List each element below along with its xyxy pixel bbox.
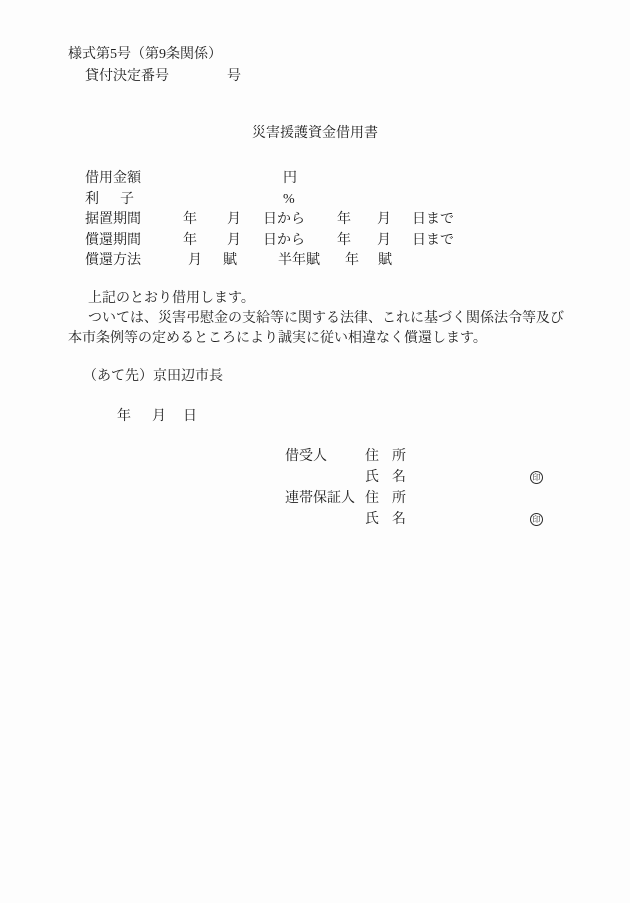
- addressee-row: （あて先） 京田辺市長: [0, 368, 630, 386]
- pledge-line-1: 上記のとおり借用します。: [88, 290, 255, 308]
- borrower-label: 借受人: [285, 448, 327, 465]
- address-label-last: 所: [392, 448, 406, 465]
- guarantor-name-row: 氏 名 印: [0, 511, 630, 529]
- repay-start-year-label: 年: [183, 232, 197, 249]
- grace-end-year-label: 年: [337, 211, 351, 228]
- addressee-name: 京田辺市長: [153, 368, 223, 385]
- borrower-address-row: 借受人 住 所: [0, 448, 630, 466]
- name-label-last: 名: [392, 469, 406, 486]
- method-monthly-first: 月: [188, 252, 202, 269]
- borrower-seal-icon: 印: [530, 471, 543, 484]
- date-year-label: 年: [117, 408, 131, 425]
- loan-decision-row: 貸付決定番号 号: [0, 68, 630, 86]
- document-page: 様式第5号（第9条関係） 貸付決定番号 号 災害援護資金借用書 借用金額 円 利…: [0, 0, 630, 903]
- repayment-method-label: 償還方法: [85, 252, 141, 269]
- repay-end-day-label: 日まで: [412, 232, 454, 249]
- grace-start-year-label: 年: [183, 211, 197, 228]
- guarantor-seal-icon: 印: [530, 513, 543, 526]
- date-day-label: 日: [183, 408, 197, 425]
- grace-end-day-label: 日まで: [412, 211, 454, 228]
- borrower-name-row: 氏 名 印: [0, 469, 630, 487]
- address-label-last: 所: [392, 490, 406, 507]
- guarantor-address-row: 連帯保証人 住 所: [0, 490, 630, 508]
- repay-end-year-label: 年: [337, 232, 351, 249]
- repay-start-day-label: 日から: [263, 232, 305, 249]
- date-month-label: 月: [152, 408, 166, 425]
- grace-period-row: 据置期間 年 月 日から 年 月 日まで: [0, 211, 630, 229]
- interest-row: 利 子 %: [0, 191, 630, 209]
- page-title: 災害援護資金借用書: [0, 125, 630, 143]
- grace-start-month-label: 月: [227, 211, 241, 228]
- address-label-first: 住: [365, 448, 379, 465]
- loan-decision-label: 貸付決定番号: [85, 68, 169, 85]
- loan-amount-unit: 円: [283, 170, 297, 187]
- repay-end-month-label: 月: [377, 232, 391, 249]
- guarantor-label: 連帯保証人: [285, 490, 355, 507]
- method-annual-last: 賦: [378, 252, 392, 269]
- grace-start-day-label: 日から: [263, 211, 305, 228]
- form-number: 様式第5号（第9条関係）: [68, 46, 222, 64]
- loan-amount-label: 借用金額: [85, 170, 141, 187]
- grace-end-month-label: 月: [377, 211, 391, 228]
- repay-start-month-label: 月: [227, 232, 241, 249]
- addressee-prefix: （あて先）: [83, 368, 153, 385]
- method-monthly-last: 賦: [223, 252, 237, 269]
- interest-unit: %: [283, 191, 295, 208]
- loan-amount-row: 借用金額 円: [0, 170, 630, 188]
- pledge-line-3: 本市条例等の定めるところにより誠実に従い相違なく償還します。: [68, 330, 487, 348]
- grace-period-label: 据置期間: [85, 211, 141, 228]
- interest-label-last: 子: [120, 191, 134, 208]
- method-semiannual: 半年賦: [278, 252, 320, 269]
- repayment-period-row: 償還期間 年 月 日から 年 月 日まで: [0, 232, 630, 250]
- interest-label-first: 利: [85, 191, 99, 208]
- address-label-first: 住: [365, 490, 379, 507]
- repayment-method-row: 償還方法 月 賦 半年賦 年 賦: [0, 252, 630, 270]
- loan-decision-unit: 号: [227, 68, 241, 85]
- method-annual-first: 年: [345, 252, 359, 269]
- name-label-last: 名: [392, 511, 406, 528]
- name-label-first: 氏: [365, 511, 379, 528]
- repayment-period-label: 償還期間: [85, 232, 141, 249]
- pledge-line-2: ついては、災害弔慰金の支給等に関する法律、これに基づく関係法令等及び: [88, 310, 564, 328]
- date-row: 年 月 日: [0, 408, 630, 426]
- name-label-first: 氏: [365, 469, 379, 486]
